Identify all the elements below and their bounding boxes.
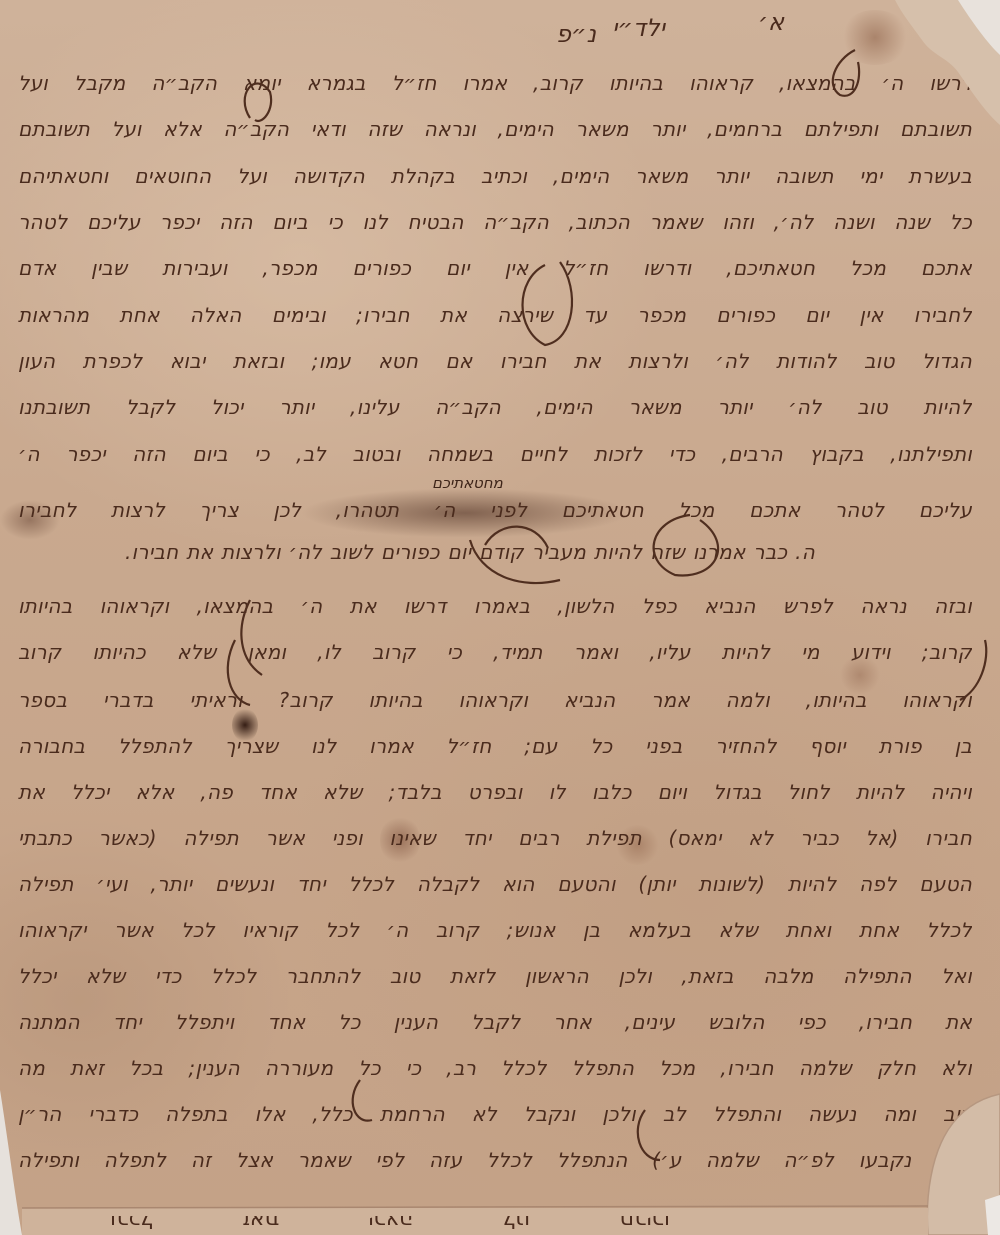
torn-corner-top-right-edge xyxy=(958,0,1000,55)
manuscript-line-11: ה. כבר אמרנו שזה להיות מעביר קודם יום כפ… xyxy=(125,532,815,572)
water-stain xyxy=(840,10,910,65)
manuscript-line-19: לכלל אחת ואחת שלא בעלמא בן אנוש; קרוב ה׳… xyxy=(18,910,972,950)
header-word-middle: ילד״י xyxy=(612,14,665,42)
manuscript-line-20: ואל התפילה מלבה בזאת, ולכן הראשון לזאת ט… xyxy=(18,956,972,996)
header-word-left: נ״פ xyxy=(556,20,596,48)
manuscript-line-16: ויהיה להיות לחול בגדול ויום כלבו לו ובפר… xyxy=(18,772,972,812)
background-behind-tear xyxy=(985,1195,1000,1235)
manuscript-line-1: דרשו ה׳ בהמצאו, קראוהו בהיותו קרוב, אמרו… xyxy=(18,63,972,103)
manuscript-line-22: ולא חלק שלמה חבירו, מכל התפלל לכלל רב, כ… xyxy=(18,1048,972,1088)
manuscript-line-5: אתכם מכל חטאתיכם, ודרשו חז״ל אין יום כפו… xyxy=(18,248,972,288)
manuscript-line-24: עניין נקבעו לפ״ה שלמה ע׳) הנתפלל לכלל עז… xyxy=(18,1140,972,1180)
manuscript-line-2: תשובתם ותפילתם ברחמים, יותר משאר הימים, … xyxy=(18,109,972,149)
manuscript-line-9: ותפילתנו, בקבוץ הרבים, כדי לזכות לחיים ב… xyxy=(18,434,972,474)
manuscript-line-6: לחבירו אין יום כפורים מכפר עד שירצה את ח… xyxy=(18,295,972,335)
manuscript-line-7: הגדול טוב להודות לה׳ ולרצות את חבירו אם … xyxy=(18,341,972,381)
manuscript-line-12: ובזה נראה לפרש הנביא כפל הלשון, באמרו דר… xyxy=(18,586,972,626)
header-word-right: א׳ xyxy=(758,8,784,36)
manuscript-line-17: חבירו (אל כביר לא ימאס) תפילת רבים יחד ש… xyxy=(18,818,972,858)
manuscript-line-10: עליכם לטהר אתכם מכל חטאתיכם לפני ה׳ תטהר… xyxy=(18,490,972,530)
manuscript-line-18: הטעם לפה להיות (לשונות יותן) והטעם הוא ל… xyxy=(18,864,972,904)
manuscript-line-14: וקראוהו בהיותו, ולמה אמר הנביא וקראוהו ב… xyxy=(18,680,972,720)
manuscript-page: א׳ ילד״י נ״פ דרשו ה׳ בהמצאו, קראוהו בהיו… xyxy=(0,0,1000,1235)
folded-edge-text: ובכל זאת ירצה לנו חבירו xyxy=(110,1216,670,1235)
manuscript-line-3: בעשרת ימי תשובה יותר משאר הימים, וכתיב ב… xyxy=(18,156,972,196)
manuscript-line-23: רוב ומה נעשה והתפלל לב ולכן ונקבל לא הרח… xyxy=(18,1094,972,1134)
manuscript-line-13: קרוב; וידוע מי להיות עליו, ואמר תמיד, כי… xyxy=(18,632,972,672)
manuscript-line-15: בן פורת יוסף להחזיר בפני כל עם; חז״ל אמר… xyxy=(18,726,972,766)
manuscript-line-4: כל שנה ושנה לה׳, וזהו שאמר הכתוב, הקב״ה … xyxy=(18,202,972,242)
manuscript-line-21: את חבירו, כפי הלובש עינים, אחר לקבל העני… xyxy=(18,1002,972,1042)
manuscript-line-8: להיות טוב לה׳ יותר משאר הימים, הקב״ה עלי… xyxy=(18,387,972,427)
fold-line xyxy=(22,1206,928,1208)
folded-edge-text-content: ובכל זאת ירצה לנו חבירו xyxy=(110,1216,670,1234)
